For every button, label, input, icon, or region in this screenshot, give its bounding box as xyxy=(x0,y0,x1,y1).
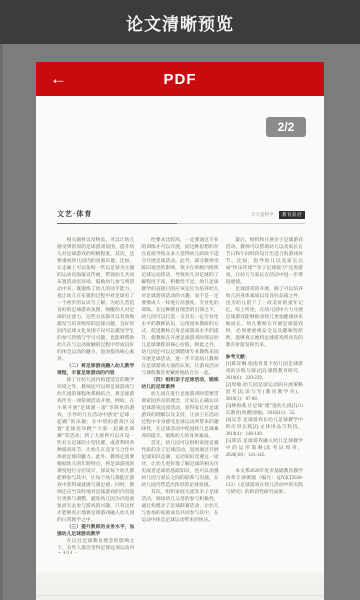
journal-separator: · xyxy=(276,213,278,218)
header-rule xyxy=(57,223,305,224)
document-header: 文艺·体育 天天爱科学 · 教育前沿 xyxy=(57,209,305,219)
journal-section-title: 文艺·体育 xyxy=(57,209,92,219)
journal-name-text: 天天爱科学 xyxy=(251,212,274,218)
paragraph: 其次，组织家庭交流等亲子足球活动，调动幼儿父母的参与积极性，通过构建亲子足球联赛… xyxy=(141,489,218,524)
document-body: 相关题材以及物品，可以让幼儿感受到浓厚的足球游戏氛围，提升幼儿对足球游戏的积极程… xyxy=(57,237,303,553)
journal-name: 天天爱科学 · 教育前沿 xyxy=(251,211,305,219)
page-gap xyxy=(36,572,324,600)
paragraph: 性要求比较高，一定要通过专业的训练才可以开展，而这种思想的存在直接导致众多人觉得… xyxy=(141,237,218,377)
paragraph: 除了在幼儿园内构建适宜的教学环境之外，教师还可以将足球游戏与幼儿园的课程体系相结… xyxy=(57,377,134,524)
pdf-page[interactable]: 文艺·体育 天天爱科学 · 教育前沿 相关题材以及物品，可以让幼儿感受到浓厚的足… xyxy=(36,96,324,572)
toolbar-title: PDF xyxy=(164,71,197,88)
page-number: - 104 - xyxy=(58,551,78,556)
paragraph: 首先，幼儿园可以组织家庭竞赛性质的亲子足球活动，进而通过开展足球知识竞赛、运动知… xyxy=(141,440,218,489)
back-arrow-icon[interactable]: ← xyxy=(50,62,67,96)
reference-item: [5]郑洁.足球游戏融入幼儿足球教学中的运用策略[J].考试周刊，2020(18… xyxy=(226,438,303,459)
paragraph: 最后，组织和开展亲子足球游戏活动。教师可以帮助幼儿以及家长在节日和午间时段设计出… xyxy=(226,237,303,286)
section-heading: （四）组织亲子足球活动，锻炼幼儿的足球素养 xyxy=(141,377,218,391)
reference-item: [2]周敏.幼儿园足球运动的开展策略思考[J].读与写(教育教学刊)，2016(… xyxy=(226,382,303,403)
section-heading: （三）提升教师的业务水平，加强幼儿足球游戏教学 xyxy=(57,524,134,538)
journal-badge: 教育前沿 xyxy=(279,211,305,219)
text-column-2: 性要求比较高，一定要通过专业的训练才可以开展，而这种思想的存在直接导致众多人觉得… xyxy=(141,237,218,553)
pdf-toolbar: ← PDF xyxy=(36,62,324,96)
reference-item: [4]吴芳.足球游戏在幼儿足球教学中的应用实践[J].文体用品与科技，2019(… xyxy=(226,417,303,438)
text-column-1: 相关题材以及物品，可以让幼儿感受到浓厚的足球游戏氛围，提升幼儿对足球游戏的积极程… xyxy=(57,237,134,553)
page-indicator-badge: 2/2 xyxy=(266,117,306,137)
header-rule-dark-segment xyxy=(57,223,177,225)
funding-note: 本文系2020年度市基础教育教学改革专项课题（编号：QJYKT2020-133）… xyxy=(226,468,303,496)
references-heading: 参考文献： xyxy=(226,354,303,361)
app-title: 论文清晰预览 xyxy=(126,10,234,35)
reference-item: [1]陈育琳.指南背景下幼儿园足球游戏的实践与探讨[J].课程教育研究，2018… xyxy=(226,361,303,382)
text-column-3: 最后，组织和开展亲子足球游戏活动。教师可以帮助幼儿以及家长在节日和午间时段设计出… xyxy=(226,237,303,553)
app-title-bar: 论文清晰预览 xyxy=(0,0,360,44)
left-edge-shade xyxy=(0,44,3,600)
paragraph: 相关题材以及物品，可以让幼儿感受到浓厚的足球游戏氛围，提升幼儿对足球游戏的积极程… xyxy=(57,237,134,363)
reference-item: [3]林海燕.让足球“滚”进幼儿园[J].山东教育(幼教园地)，2016(11)… xyxy=(226,403,303,417)
paragraph: 幼儿园在进行足球游戏时需要贯彻家园共育的理念，让家长正确认识足球游戏这项活动，获… xyxy=(141,391,218,440)
section-heading: （二）将足球游戏融入幼儿教学课程，丰富足球游戏的内容 xyxy=(57,363,134,377)
app-screen: 论文清晰预览 ← PDF 文艺·体育 天天爱科学 · 教育前沿 相关题材以及物品… xyxy=(0,0,360,600)
paragraph: 足球游戏的开展，除了可以培养幼儿的身体素质以及良好品质之外，也为幼儿留下了一段美… xyxy=(226,286,303,349)
